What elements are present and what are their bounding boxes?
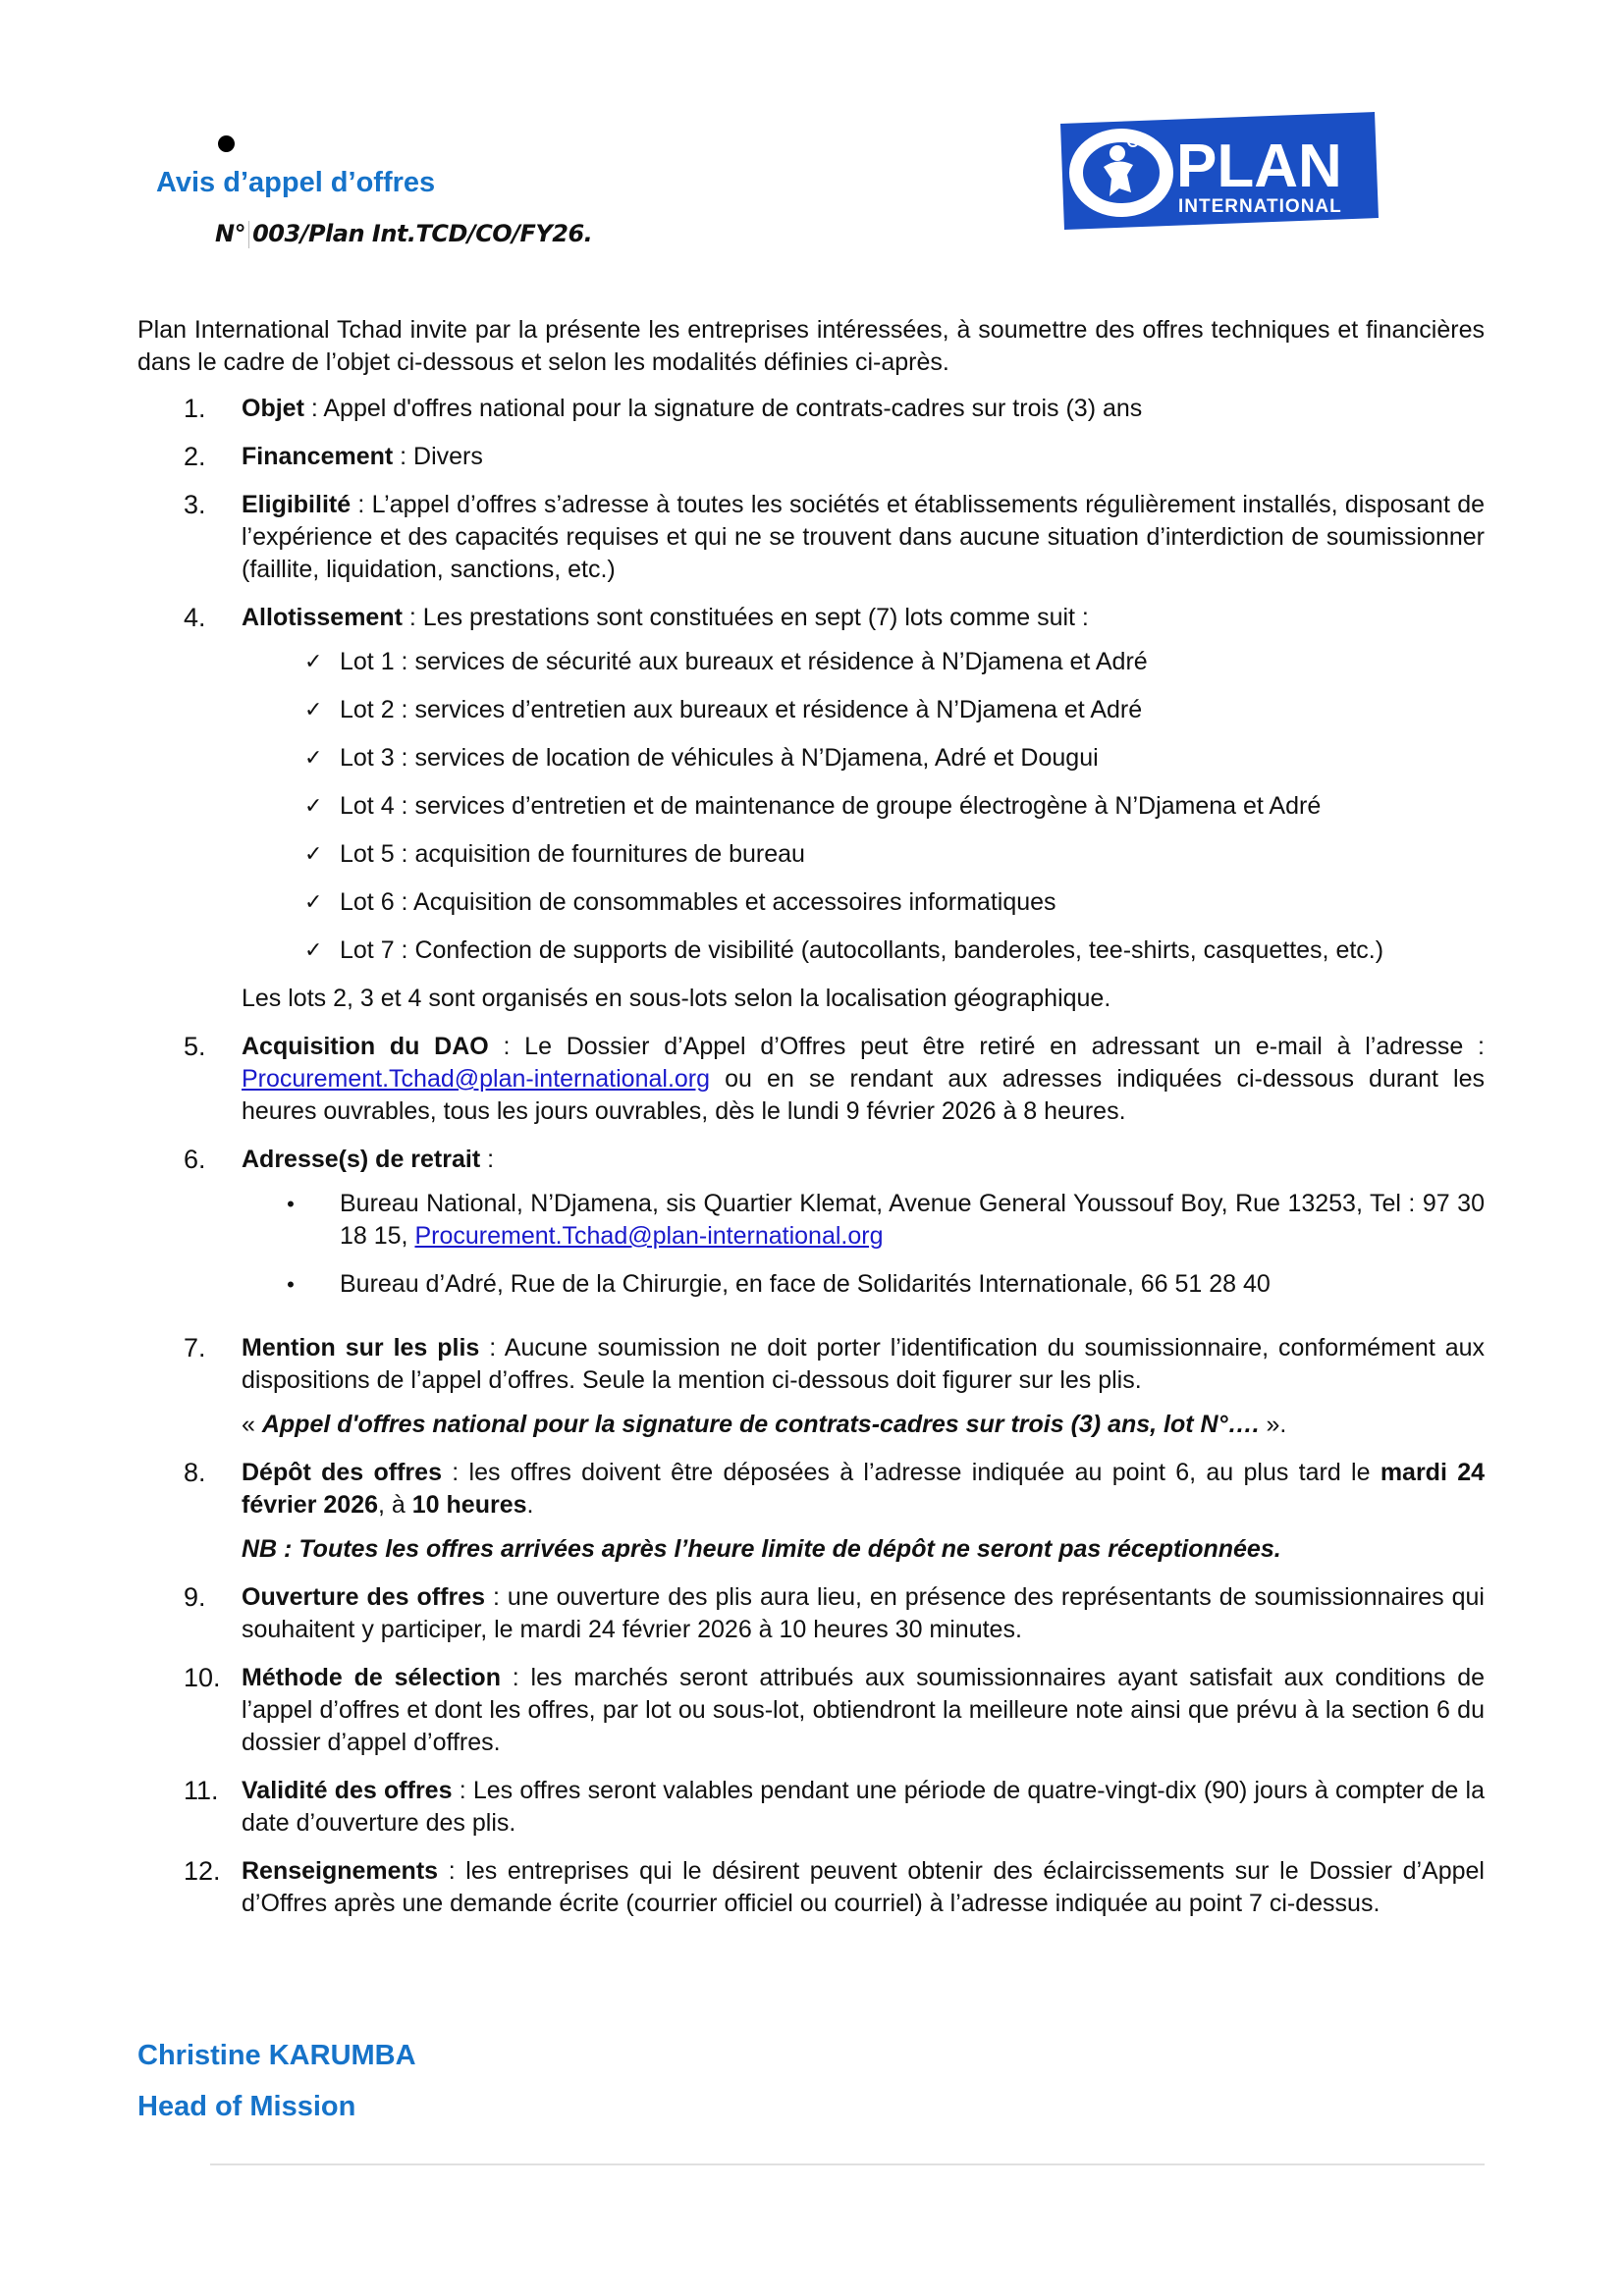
- signatory-name: Christine KARUMBA: [137, 2040, 416, 2072]
- lot-item: ✓Lot 4 : services d’entretien et de main…: [242, 790, 1485, 823]
- list-item-renseignements: 12. Renseignements : les entreprises qui…: [137, 1855, 1485, 1920]
- list-item-validite: 11. Validité des offres : Les offres ser…: [137, 1775, 1485, 1840]
- bullet-icon: •: [242, 1188, 340, 1253]
- checkmark-icon: ✓: [304, 934, 340, 967]
- intro-paragraph: Plan International Tchad invite par la p…: [137, 314, 1485, 379]
- lot-item: ✓Lot 5 : acquisition de fournitures de b…: [242, 838, 1485, 871]
- address-item: •Bureau National, N’Djamena, sis Quartie…: [242, 1188, 1485, 1253]
- checkmark-icon: ✓: [304, 742, 340, 774]
- list-item-acquisition-dao: 5. Acquisition du DAO : Le Dossier d’App…: [137, 1031, 1485, 1128]
- list-item-adresses: 6. Adresse(s) de retrait : •Bureau Natio…: [137, 1144, 1485, 1316]
- mention-quote: « Appel d'offres national pour la signat…: [242, 1409, 1485, 1441]
- svg-text:PLAN: PLAN: [1176, 133, 1342, 200]
- address-list: •Bureau National, N’Djamena, sis Quartie…: [242, 1188, 1485, 1301]
- svg-text:INTERNATIONAL: INTERNATIONAL: [1178, 196, 1342, 217]
- lots-note: Les lots 2, 3 et 4 sont organisés en sou…: [242, 983, 1485, 1015]
- checkmark-icon: ✓: [304, 694, 340, 726]
- address-item: •Bureau d’Adré, Rue de la Chirurgie, en …: [242, 1268, 1485, 1301]
- plan-international-logo: PLAN INTERNATIONAL: [1055, 110, 1380, 232]
- list-item-eligibilite: 3. Eligibilité : L’appel d’offres s’adre…: [137, 489, 1485, 586]
- list-item-financement: 2. Financement : Divers: [137, 441, 1485, 473]
- reference-number: N°003/Plan Int.TCD/CO/FY26.: [215, 220, 592, 248]
- bullet-dot-icon: [218, 135, 235, 152]
- lot-item: ✓Lot 2 : services d’entretien aux bureau…: [242, 694, 1485, 726]
- nb-note: NB : Toutes les offres arrivées après l’…: [242, 1533, 1485, 1566]
- checkmark-icon: ✓: [304, 886, 340, 919]
- list-item-ouverture: 9. Ouverture des offres : une ouverture …: [137, 1581, 1485, 1646]
- signatory-role: Head of Mission: [137, 2091, 355, 2123]
- lot-item: ✓Lot 7 : Confection de supports de visib…: [242, 934, 1485, 967]
- list-item-objet: 1. Objet : Appel d'offres national pour …: [137, 393, 1485, 425]
- logo-graphic-icon: PLAN INTERNATIONAL: [1055, 110, 1380, 232]
- page-title: Avis d’appel d’offres: [156, 167, 435, 199]
- footer-divider: [210, 2163, 1485, 2165]
- list-item-mention: 7. Mention sur les plis : Aucune soumiss…: [137, 1332, 1485, 1441]
- list-item-allotissement: 4. Allotissement : Les prestations sont …: [137, 602, 1485, 1015]
- list-item-depot: 8. Dépôt des offres : les offres doivent…: [137, 1457, 1485, 1566]
- lots-list: ✓Lot 1 : services de sécurité aux bureau…: [242, 646, 1485, 967]
- document-body: Plan International Tchad invite par la p…: [137, 314, 1485, 1936]
- lot-item: ✓Lot 6 : Acquisition de consommables et …: [242, 886, 1485, 919]
- field-marker: [248, 221, 249, 248]
- checkmark-icon: ✓: [304, 790, 340, 823]
- checkmark-icon: ✓: [304, 646, 340, 678]
- lot-item: ✓Lot 3 : services de location de véhicul…: [242, 742, 1485, 774]
- bullet-icon: •: [242, 1268, 340, 1301]
- list-item-methode: 10. Méthode de sélection : les marchés s…: [137, 1662, 1485, 1759]
- lot-item: ✓Lot 1 : services de sécurité aux bureau…: [242, 646, 1485, 678]
- email-link[interactable]: Procurement.Tchad@plan-international.org: [414, 1222, 883, 1250]
- email-link[interactable]: Procurement.Tchad@plan-international.org: [242, 1065, 710, 1093]
- checkmark-icon: ✓: [304, 838, 340, 871]
